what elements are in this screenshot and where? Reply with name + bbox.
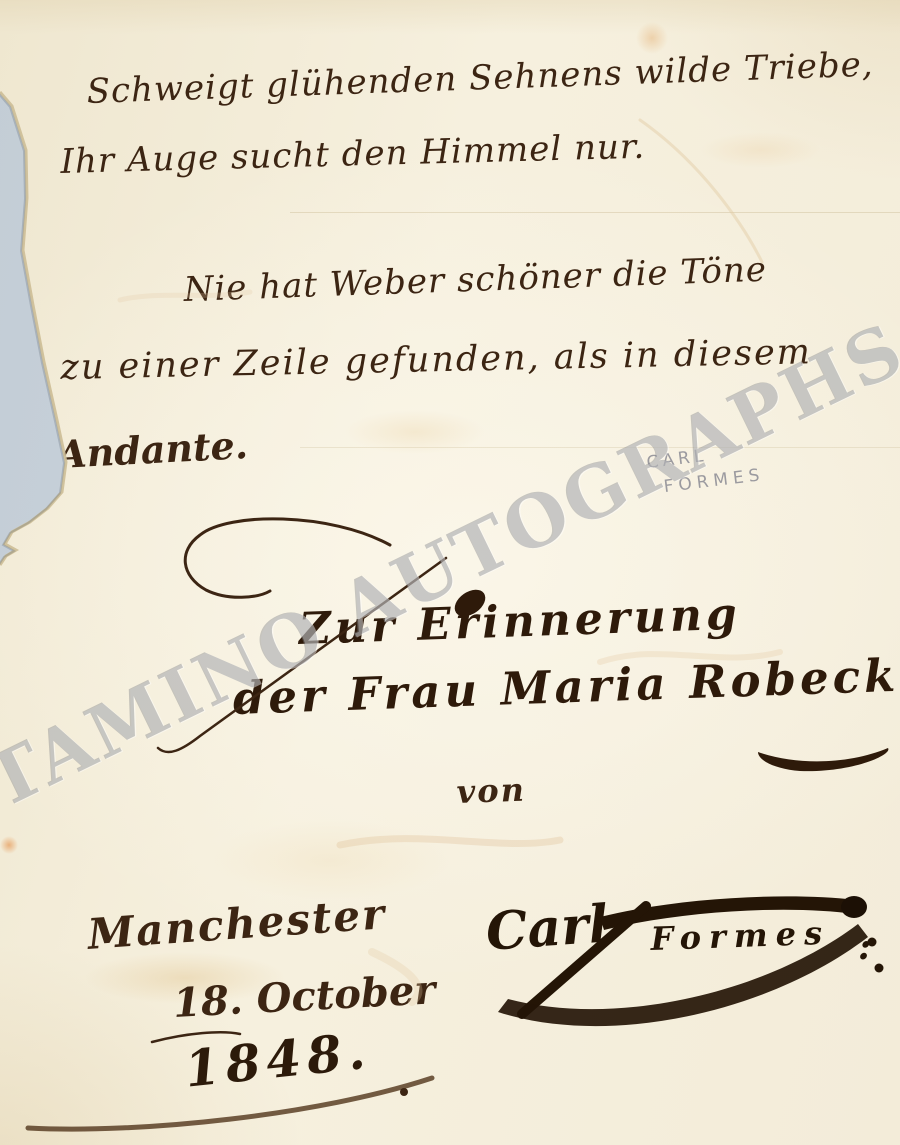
signature-punctuation: : bbox=[858, 926, 871, 968]
dateline-date: 18. October bbox=[172, 966, 436, 1027]
handwritten-quote-line-2: Ihr Auge sucht den Himmel nur. bbox=[60, 127, 646, 182]
dateline-year: 1848. bbox=[182, 1020, 374, 1098]
handwritten-note-line-2: zu einer Zeile gefunden, als in diesem bbox=[60, 332, 812, 388]
dateline-place: Manchester bbox=[86, 889, 388, 959]
dedication-line-3: von bbox=[456, 771, 526, 811]
manuscript-page: Schweigt glühenden Sehnens wilde Triebe,… bbox=[0, 0, 900, 1145]
handwritten-note-line-1: Nie hat Weber schöner die Töne bbox=[183, 250, 768, 310]
paper-crease bbox=[290, 212, 900, 213]
handwritten-note-line-3: Andante. bbox=[56, 422, 249, 477]
signature-last-name: Formes bbox=[650, 914, 831, 958]
signature-first-name: Carl bbox=[484, 893, 610, 962]
handwritten-quote-line-1: Schweigt glühenden Sehnens wilde Triebe, bbox=[86, 45, 874, 112]
scan-background: Schweigt glühenden Sehnens wilde Triebe,… bbox=[0, 0, 900, 1145]
